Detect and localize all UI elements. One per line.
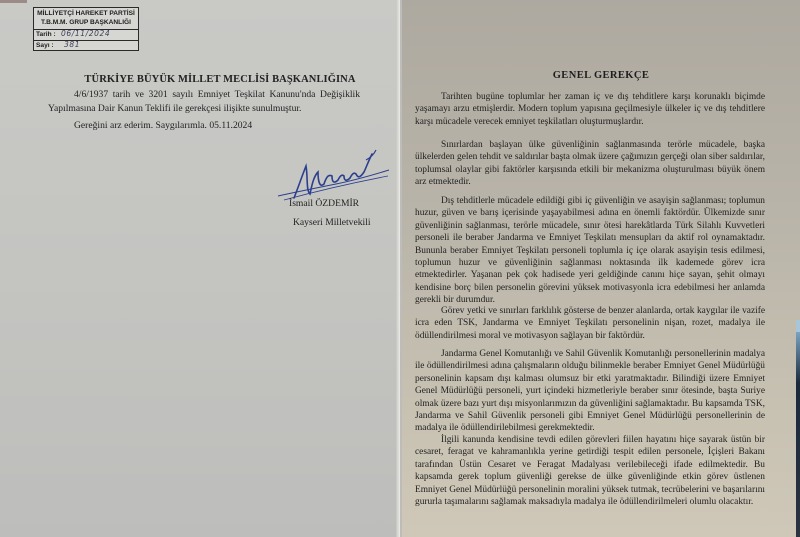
stamp-date-label: Tarih : bbox=[36, 31, 56, 38]
signer-role: Kayseri Milletvekili bbox=[293, 217, 371, 228]
background-edge bbox=[796, 320, 800, 332]
stamp-header: MİLLİYETÇİ HAREKET PARTİSİ T.B.M.M. GRUP… bbox=[34, 8, 138, 30]
justification-paragraph: Görev yetki ve sınırları farklılık göste… bbox=[415, 305, 765, 342]
justification-paragraph: Dış tehditlerle mücadele edildiği gibi i… bbox=[415, 195, 765, 307]
stamp-party-name: MİLLİYETÇİ HAREKET PARTİSİ bbox=[34, 10, 138, 19]
signer-name: İsmail ÖZDEMİR bbox=[289, 198, 359, 209]
stamp-date-value: 06/11/2024 bbox=[61, 29, 110, 39]
registry-stamp: MİLLİYETÇİ HAREKET PARTİSİ T.B.M.M. GRUP… bbox=[33, 7, 139, 51]
stamp-number-row: Sayı : 381 bbox=[34, 40, 138, 51]
stamp-office-name: T.B.M.M. GRUP BAŞKANLIĞI bbox=[34, 19, 138, 28]
stamp-number-value: 381 bbox=[64, 40, 80, 50]
page-corner-mark bbox=[0, 0, 27, 3]
justification-paragraph: İlgili kanunda kendisine tevdi edilen gö… bbox=[415, 434, 765, 508]
justification-paragraph: Tarihten bugüne toplumlar her zaman iç v… bbox=[415, 91, 765, 128]
justification-paragraph: Sınırlardan başlayan ülke güvenliğinin s… bbox=[415, 139, 765, 189]
cover-letter-page: MİLLİYETÇİ HAREKET PARTİSİ T.B.M.M. GRUP… bbox=[0, 0, 400, 537]
general-justification-page: GENEL GEREKÇE Tarihten bugüne toplumlar … bbox=[402, 0, 800, 537]
letter-body: 4/6/1937 tarih ve 3201 sayılı Emniyet Te… bbox=[48, 88, 360, 115]
letter-title: TÜRKİYE BÜYÜK MİLLET MECLİSİ BAŞKANLIĞIN… bbox=[40, 74, 400, 85]
background-edge bbox=[796, 332, 800, 537]
letter-closing: Gereğini arz ederim. Saygılarımla. 05.11… bbox=[74, 120, 252, 131]
justification-paragraph: Jandarma Genel Komutanlığı ve Sahil Güve… bbox=[415, 348, 765, 435]
stamp-number-label: Sayı : bbox=[36, 42, 54, 49]
justification-title: GENEL GEREKÇE bbox=[402, 70, 800, 81]
stamp-date-row: Tarih : 06/11/2024 bbox=[34, 30, 138, 40]
